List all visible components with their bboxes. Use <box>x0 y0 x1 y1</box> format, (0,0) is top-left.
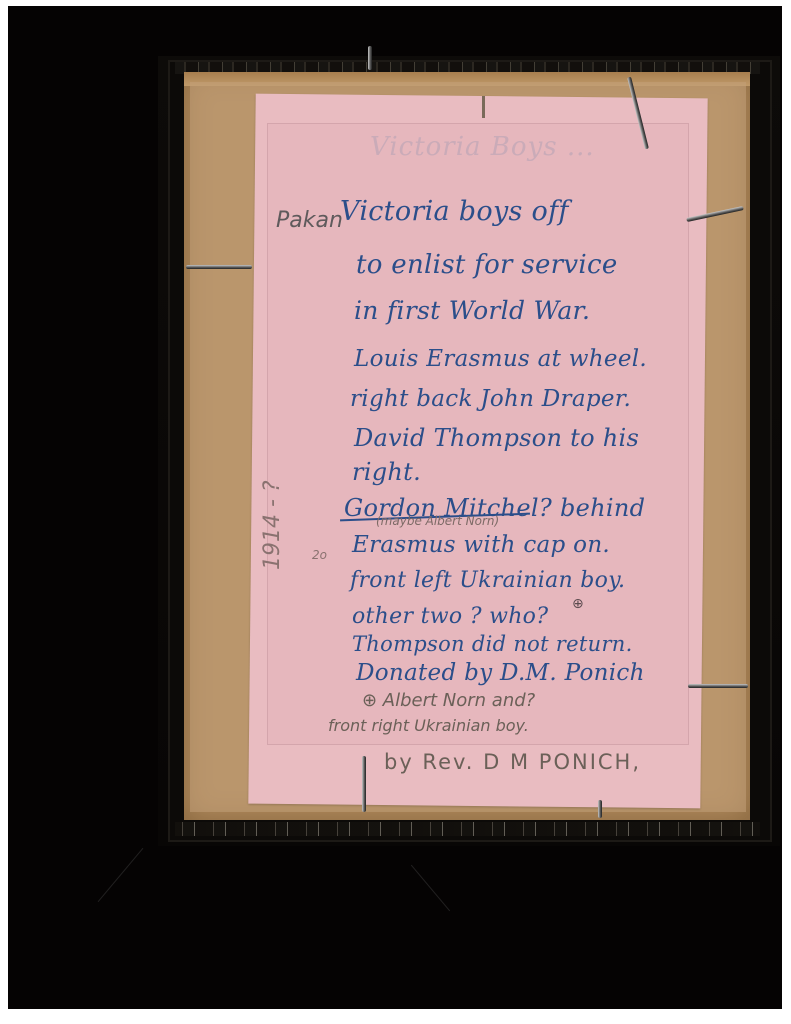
circle-marker: ⊕ <box>572 596 584 612</box>
nail-left <box>186 265 252 269</box>
note-line-5: right back John Draper. <box>350 386 631 412</box>
note-line-7: right. <box>352 458 421 486</box>
note-line-11: other two ? who? <box>352 604 548 629</box>
frame-wear-bottom <box>175 822 760 836</box>
footnote-line-1: ⊕ Albert Norn and? <box>362 690 535 711</box>
footnote-line-2: front right Ukrainian boy. <box>328 716 529 735</box>
note-line-1: Victoria boys off <box>340 196 569 227</box>
note-line-6: David Thompson to his <box>354 424 639 452</box>
location-annotation: Pakan <box>276 208 343 233</box>
note-line-9: Erasmus with cap on. <box>352 532 610 558</box>
sheet-tear <box>482 96 485 118</box>
note-line-13: Donated by D.M. Ponich <box>356 660 645 686</box>
note-line-12: Thompson did not return. <box>352 632 633 656</box>
date-annotation: 1914 - ? <box>260 480 285 570</box>
nail-frame-top <box>368 46 372 70</box>
note-line-4: Louis Erasmus at wheel. <box>354 346 647 372</box>
nail-right-bottom <box>688 684 748 688</box>
note-line-2: to enlist for service <box>356 250 618 280</box>
nail-bottom-right <box>598 800 602 818</box>
faded-title-text: Victoria Boys ... <box>370 132 595 162</box>
signature: by Rev. D M PONICH, <box>384 750 641 774</box>
interlinear-note: (maybe Albert Norn) <box>376 514 499 528</box>
note-line-10: front left Ukrainian boy. <box>350 568 625 593</box>
note-line-3: in first World War. <box>354 296 590 325</box>
nail-bottom <box>362 756 366 812</box>
date-suffix: 2o <box>312 548 327 562</box>
